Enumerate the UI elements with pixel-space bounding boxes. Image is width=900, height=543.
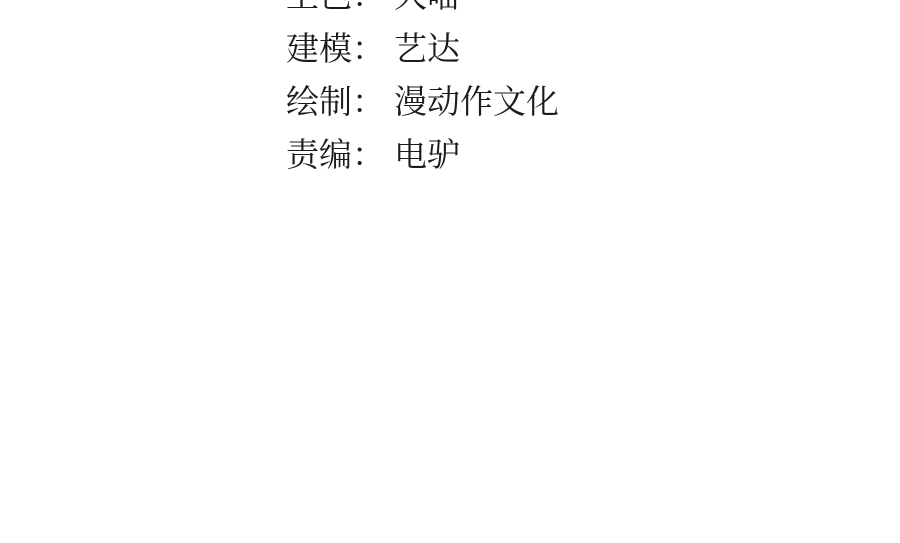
credit-role-drawing: 绘制： xyxy=(286,75,385,128)
credit-name-editor: 电驴 xyxy=(394,128,460,181)
credit-name-colorist: 大喵 xyxy=(394,0,460,22)
credit-role-editor: 责编： xyxy=(286,128,385,181)
credits-page: 上色： 大喵 建模： 艺达 绘制： 漫动作文化 责编： 电驴 xyxy=(0,0,900,543)
credit-name-modeling: 艺达 xyxy=(394,22,460,75)
credit-line-editor: 责编： 电驴 xyxy=(286,128,559,181)
credits-block: 上色： 大喵 建模： 艺达 绘制： 漫动作文化 责编： 电驴 xyxy=(286,0,559,181)
credit-role-modeling: 建模： xyxy=(286,22,385,75)
credit-line-modeling: 建模： 艺达 xyxy=(286,22,559,75)
credit-line-colorist: 上色： 大喵 xyxy=(286,0,559,22)
credit-name-drawing: 漫动作文化 xyxy=(394,75,559,128)
credit-role-colorist: 上色： xyxy=(286,0,385,22)
credit-line-drawing: 绘制： 漫动作文化 xyxy=(286,75,559,128)
